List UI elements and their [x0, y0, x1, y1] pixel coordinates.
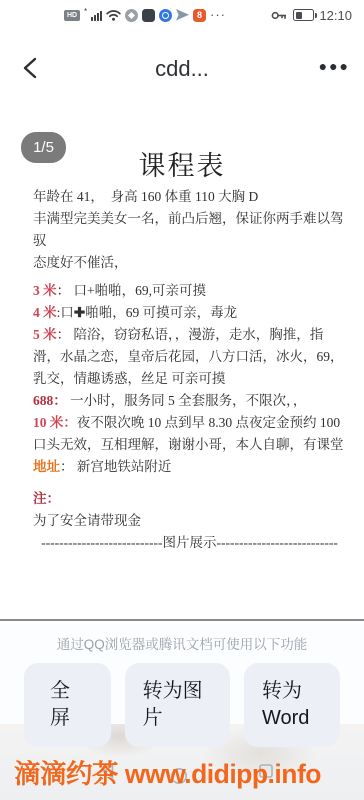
- doc-line: 注：: [33, 488, 346, 510]
- status-time: 12:10: [319, 8, 352, 23]
- doc-line: 地址： 新宫地铁站附近: [33, 456, 346, 478]
- watermark-text: 滴滴约茶 www.didipp.info: [14, 752, 321, 791]
- doc-line: 5 米： 陪浴，窃窃私语，，漫游，走水，胸推，指滑，水晶之恋，皇帝后花园，八方口…: [33, 324, 346, 390]
- doc-line: 年龄在 41， 身高 160 体重 110 大胸 D: [33, 186, 346, 208]
- bottom-panel: 通过QQ浏览器或腾讯文档可使用以下功能 全屏 转为图片 转为Word 滴滴约茶 …: [0, 621, 364, 800]
- blue-app-icon: [159, 9, 172, 22]
- doc-line: 丰满型完美美女一名，前凸后翘，保证你两手难以驾驭: [33, 208, 346, 252]
- doc-line: 态度好不催活，: [33, 252, 346, 274]
- status-bar: HD * 8 ···: [0, 0, 364, 30]
- shield-app-icon: [125, 9, 138, 22]
- back-button[interactable]: [16, 52, 46, 84]
- battery-icon: [293, 9, 314, 21]
- orange-app-icon: 8: [193, 9, 206, 22]
- doc-line: ---------------------------图片展示---------…: [33, 532, 346, 554]
- page-title: cdd...: [0, 56, 364, 82]
- wifi-icon: [106, 9, 121, 21]
- signal-star: *: [84, 7, 87, 16]
- fullscreen-button[interactable]: 全屏: [24, 663, 111, 747]
- action-button-row: 全屏 转为图片 转为Word: [0, 663, 364, 747]
- key-icon: [271, 10, 288, 21]
- signal-icon: *: [84, 10, 102, 21]
- doc-title: 课程表: [0, 144, 364, 183]
- doc-line: 为了安全请带现金: [33, 510, 346, 532]
- dark-app-icon: [142, 9, 155, 22]
- doc-body: 年龄在 41， 身高 160 体重 110 大胸 D丰满型完美美女一名，前凸后翘…: [33, 186, 346, 554]
- more-menu-button[interactable]: ●●●: [319, 58, 350, 74]
- overflow-dots-icon: ···: [210, 10, 226, 20]
- doc-line: 688： 一小时，服务同 5 全套服务，不限次，，: [33, 390, 346, 412]
- hd-badge: HD: [64, 10, 80, 21]
- panel-hint-text: 通过QQ浏览器或腾讯文档可使用以下功能: [0, 633, 364, 653]
- doc-line: 3 米： 口+啪啪，69,可亲可摸: [33, 280, 346, 302]
- document-header: cdd... ●●●: [0, 38, 364, 100]
- doc-line: 4 米:口✚啪啪，69 可摸可亲，毒龙: [33, 302, 346, 324]
- status-icons-left: HD * 8 ···: [64, 9, 226, 22]
- convert-to-image-button[interactable]: 转为图片: [125, 663, 230, 747]
- convert-to-word-button[interactable]: 转为Word: [244, 663, 340, 747]
- screen: HD * 8 ···: [0, 0, 364, 800]
- chevron-left-icon: [19, 54, 43, 82]
- telegram-icon: [176, 9, 189, 21]
- doc-line: 10 米：夜不限次晚 10 点到早 8.30 点夜定金预约 100 口头无效，互…: [33, 412, 346, 456]
- status-icons-right: 12:10: [271, 8, 352, 23]
